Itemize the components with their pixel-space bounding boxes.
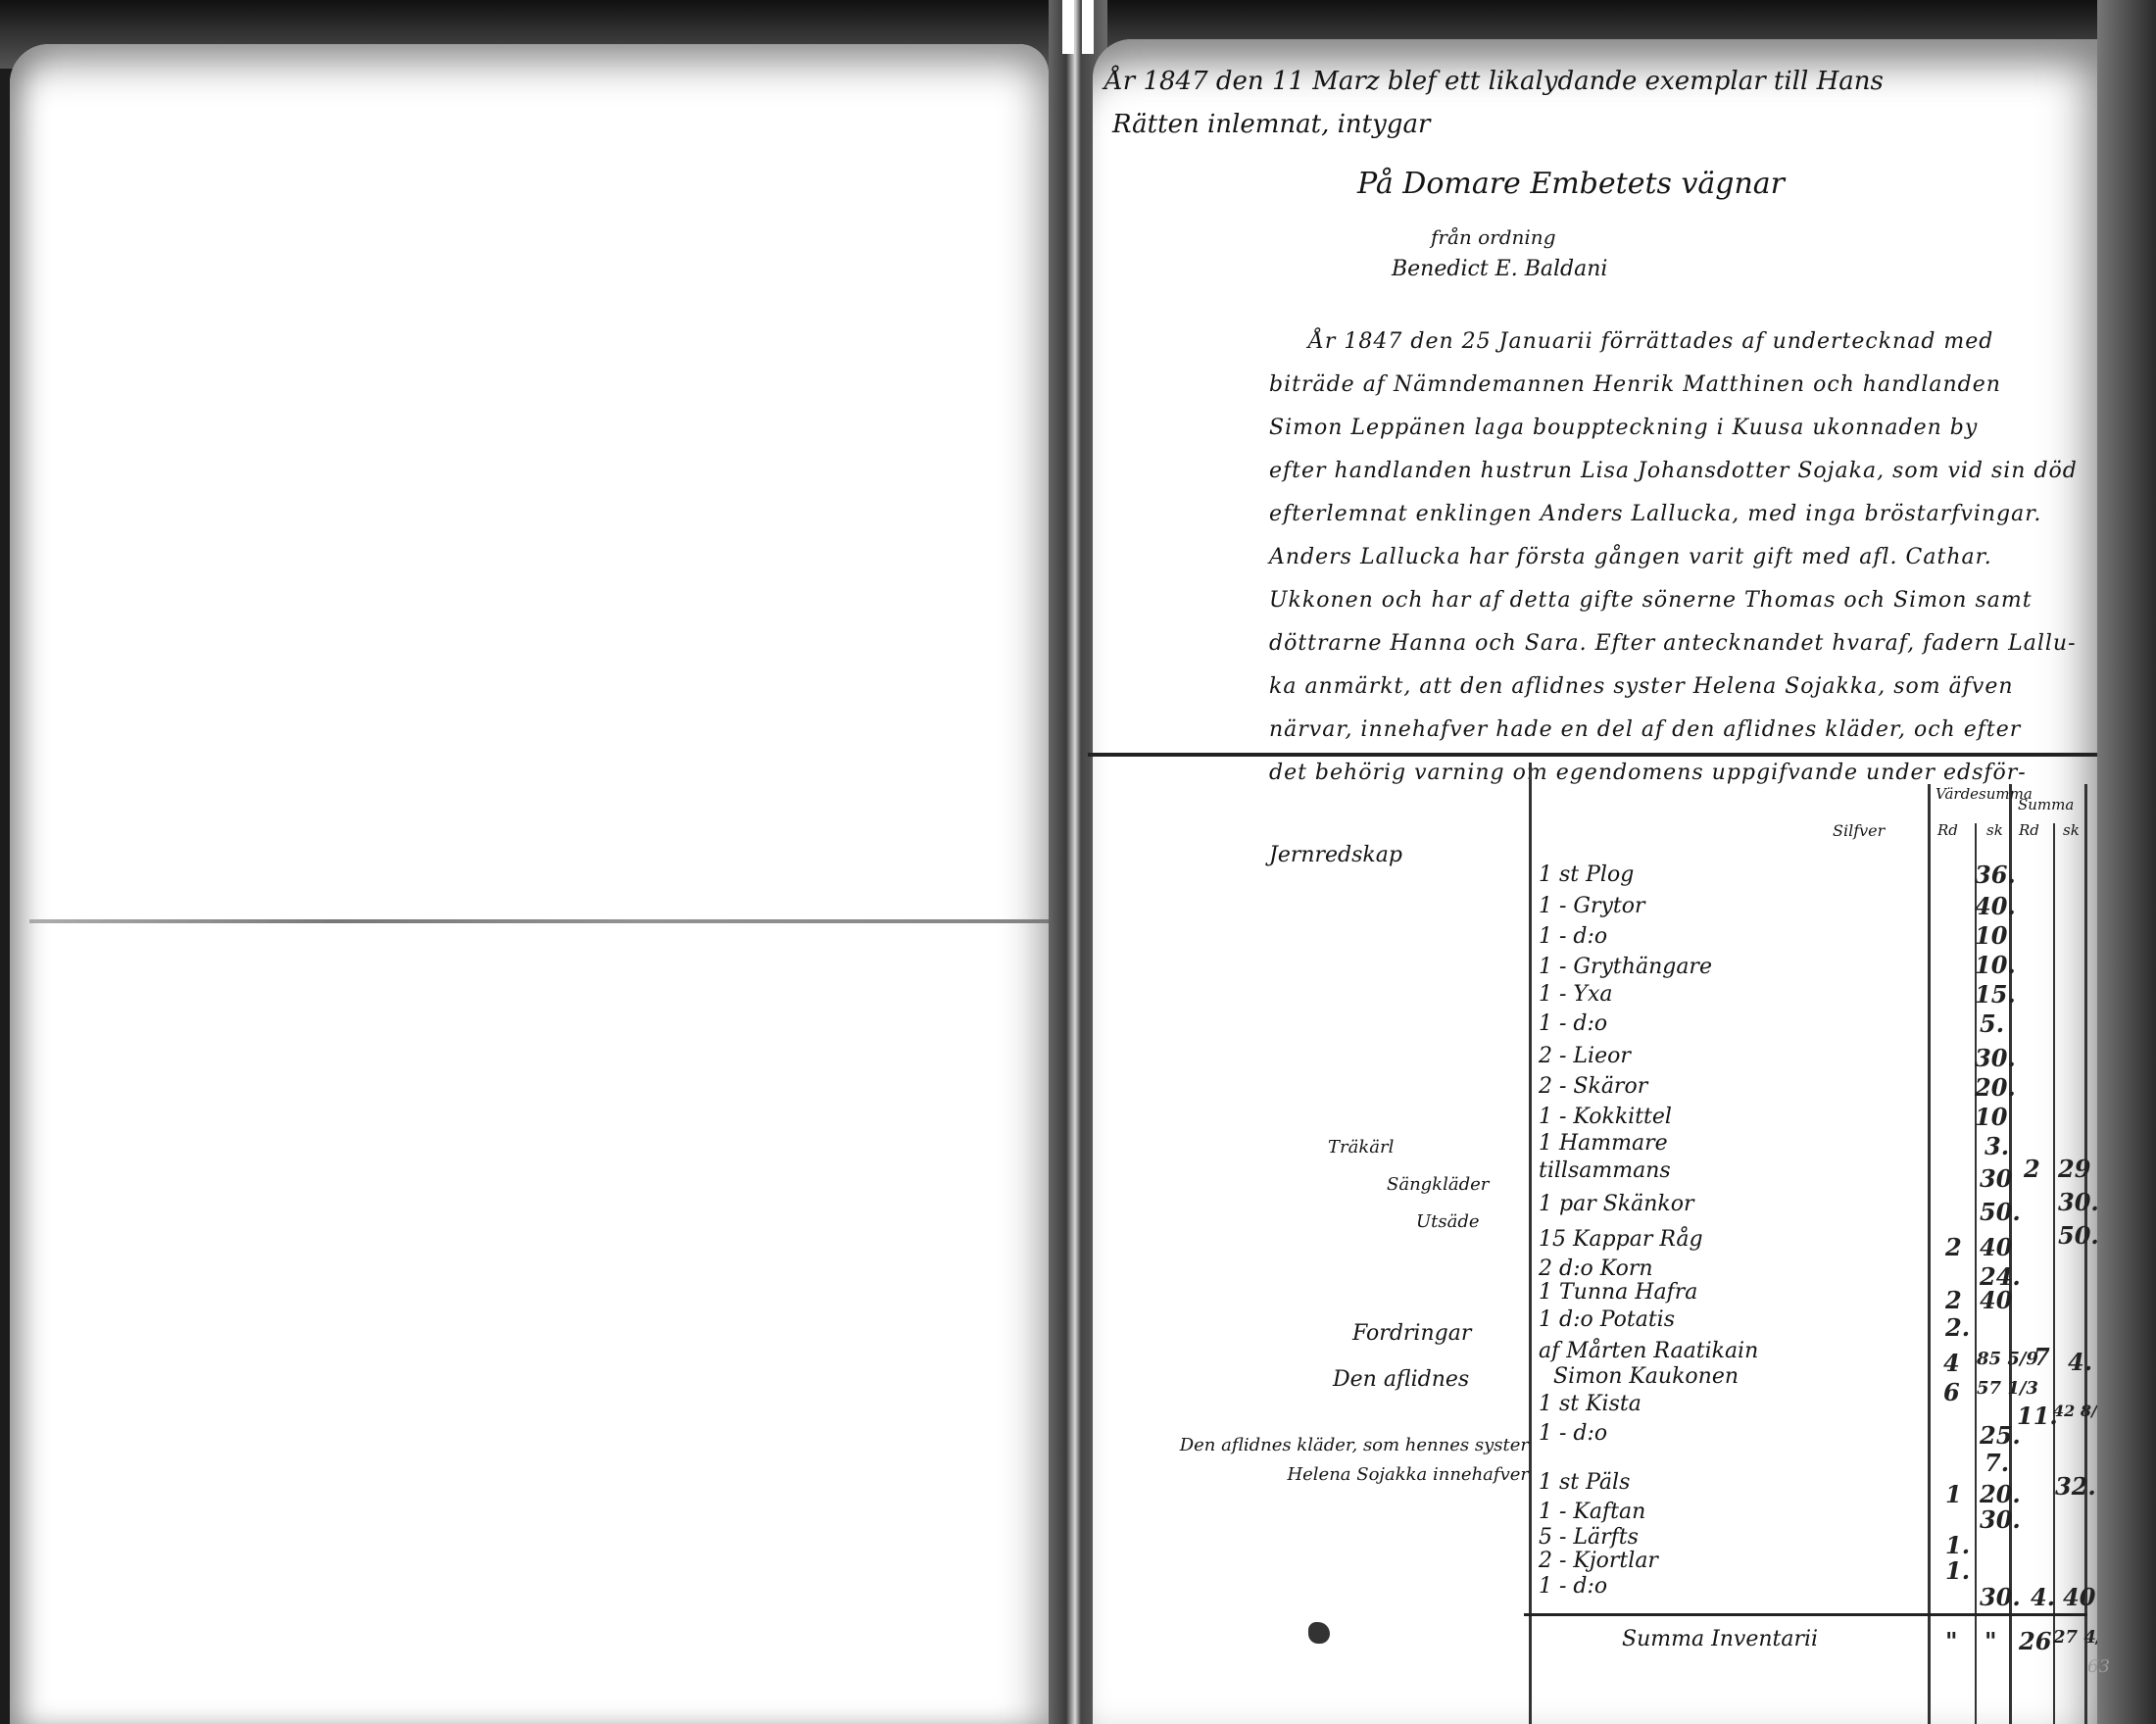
grand-total-label: Summa Inventarii — [1622, 1627, 1818, 1651]
item-desc: 2 d:o Korn — [1539, 1256, 1653, 1281]
grand-total-rd1: " — [1945, 1627, 1958, 1655]
item-desc: tillsammans — [1539, 1158, 1671, 1183]
item-sk: 20. — [1975, 1073, 2016, 1102]
item-desc: 2 - Kjortlar — [1539, 1549, 1658, 1573]
item-rd: 2 — [1945, 1286, 1962, 1314]
item-desc: 1 par Skänkor — [1539, 1192, 1693, 1216]
item-desc: 1 - d:o — [1539, 1574, 1607, 1599]
item-sk: 5. — [1980, 1010, 2004, 1038]
item-desc: 2 - Lieor — [1539, 1044, 1631, 1068]
item-desc: Simon Kaukonen — [1553, 1364, 1739, 1389]
item-rd: 1. — [1945, 1556, 1970, 1585]
section-label: Den aflidnes — [1333, 1367, 1469, 1392]
item-desc: 1 - d:o — [1539, 1011, 1607, 1036]
fold-crease — [29, 919, 1049, 923]
item-desc: 1 st Päls — [1539, 1470, 1630, 1495]
paragraph-line: det behörig varning om egendomens uppgif… — [1269, 761, 2027, 785]
grand-total-sk1: " — [1984, 1627, 1997, 1655]
section-total-sk: 50. — [2058, 1221, 2099, 1250]
item-sk: 20. — [1980, 1480, 2021, 1508]
item-sk: 30 — [1980, 1164, 2012, 1193]
annotation-line-2: Rätten inlemnat, intygar — [1112, 110, 1430, 139]
paragraph-line: Ukkonen och har af detta gifte sönerne T… — [1269, 588, 2033, 613]
item-desc: 1 - Yxa — [1539, 982, 1612, 1007]
item-sk: 30. — [1980, 1583, 2021, 1611]
item-sk: 7. — [1984, 1449, 2009, 1477]
item-rd: 1 — [1945, 1480, 1962, 1508]
gutter-marker — [1082, 0, 1094, 54]
right-page: År 1847 den 11 Marz blef ett likalydande… — [1093, 39, 2122, 1724]
right-page-edge — [2097, 0, 2156, 1724]
signature: Benedict E. Baldani — [1392, 257, 1607, 281]
item-sk: 25. — [1980, 1421, 2021, 1450]
item-desc: 1 - Kokkittel — [1539, 1105, 1672, 1129]
item-sk: 30. — [1975, 1044, 2016, 1072]
gutter-marker — [1062, 0, 1074, 54]
item-desc: 1 Tunna Hafra — [1539, 1280, 1697, 1305]
item-desc: 1 - Grythängare — [1539, 955, 1712, 979]
header-sk: sk — [2063, 821, 2080, 839]
item-desc: 1 st Plog — [1539, 862, 1634, 887]
ink-blot — [1308, 1622, 1330, 1644]
item-sk: 10 — [1975, 921, 2007, 950]
header-rd: Rd — [1937, 821, 1958, 839]
item-sk: 36. — [1975, 861, 2016, 889]
section-label: Fordringar — [1352, 1321, 1471, 1346]
item-sk: 15. — [1975, 980, 2016, 1009]
item-desc: 1 - d:o — [1539, 1421, 1607, 1446]
annotation-line-3: På Domare Embetets vägnar — [1357, 167, 1785, 201]
item-desc: 1 Hammare — [1539, 1131, 1668, 1156]
table-col-divider — [1928, 784, 1931, 1724]
header-silfver: Silfver — [1833, 821, 1885, 840]
left-page-blank — [10, 44, 1049, 1724]
paragraph-line: döttrarne Hanna och Sara. Efter anteckna… — [1269, 631, 2077, 656]
page-number: 63 — [2087, 1656, 2110, 1677]
item-sk: 30. — [1980, 1505, 2021, 1534]
item-sk: 40. — [1975, 892, 2016, 920]
header-sk: sk — [1986, 821, 2003, 839]
item-desc: 2 - Skäror — [1539, 1074, 1647, 1099]
item-sk: 40 — [1980, 1286, 2012, 1314]
section-label: Träkärl — [1328, 1137, 1394, 1158]
header-rd: Rd — [2019, 821, 2039, 839]
paragraph-line: Anders Lallucka har första gången varit … — [1269, 545, 1992, 569]
section-total-sk: 29 — [2058, 1155, 2090, 1183]
total-rule — [1524, 1613, 2087, 1616]
item-rd: 2. — [1945, 1313, 1970, 1342]
section-total-sk: 4. — [2068, 1348, 2092, 1376]
item-desc: 1 d:o Potatis — [1539, 1307, 1675, 1332]
paragraph-line: efter handlanden hustrun Lisa Johansdott… — [1269, 459, 2078, 483]
item-desc: 5 - Lärfts — [1539, 1525, 1639, 1550]
table-top-rule — [1088, 753, 2097, 757]
item-rd: 4 — [1943, 1349, 1960, 1377]
paragraph-line: efterlemnat enklingen Anders Lallucka, m… — [1269, 502, 2041, 526]
paragraph-line: biträde af Nämndemannen Henrik Matthinen… — [1269, 372, 2001, 397]
section-total-rd: 4. — [2031, 1583, 2055, 1611]
grand-total-rd: 26 — [2019, 1627, 2051, 1655]
item-desc: af Mårten Raatikain — [1539, 1339, 1758, 1363]
item-rd: 1. — [1945, 1531, 1970, 1559]
section-total-rd: 2 — [2024, 1155, 2040, 1183]
table-col-divider — [1529, 763, 1532, 1724]
item-sk: 57 1/3 — [1977, 1378, 2038, 1399]
section-label: Utsäde — [1416, 1211, 1480, 1232]
section-total-sk: 30. — [2058, 1188, 2099, 1216]
section-total-sk: 40 — [2063, 1583, 2095, 1611]
paragraph-line: År 1847 den 25 Januarii förrättades af u… — [1308, 329, 1993, 354]
paragraph-line: ka anmärkt, att den aflidnes syster Hele… — [1269, 674, 2014, 699]
item-desc: 1 - d:o — [1539, 924, 1607, 949]
annotation-line-1: År 1847 den 11 Marz blef ett likalydande… — [1104, 67, 1884, 96]
item-rd: 6 — [1943, 1378, 1960, 1406]
section-label: Sängkläder — [1387, 1174, 1489, 1195]
item-desc: 1 - Kaftan — [1539, 1500, 1645, 1524]
item-desc: 15 Kappar Råg — [1539, 1227, 1703, 1252]
item-sk: 10 — [1975, 1103, 2007, 1131]
item-sk: 85 5/9 — [1977, 1349, 2038, 1369]
section-label: Jernredskap — [1269, 843, 1402, 867]
item-sk: 10. — [1975, 951, 2016, 979]
section-total-rd: 11. — [2017, 1402, 2058, 1430]
paragraph-line: Simon Leppänen laga bouppteckning i Kuus… — [1269, 416, 1978, 440]
header-summa: Summa — [2018, 796, 2074, 813]
paragraph-line: närvar, innehafver hade en del af den af… — [1269, 717, 2021, 742]
item-desc: 1 st Kista — [1539, 1392, 1641, 1416]
item-desc: 1 - Grytor — [1539, 894, 1645, 918]
item-sk: 3. — [1984, 1132, 2009, 1160]
item-rd: 2 — [1945, 1233, 1962, 1261]
item-sk: 40 — [1980, 1233, 2012, 1261]
item-sk: 50. — [1980, 1198, 2021, 1226]
section-label: Den aflidnes kläder, som hennes syster H… — [1117, 1431, 1529, 1490]
section-total-sk: 32. — [2055, 1472, 2096, 1501]
annotation-line-4: från ordning — [1431, 225, 1556, 249]
